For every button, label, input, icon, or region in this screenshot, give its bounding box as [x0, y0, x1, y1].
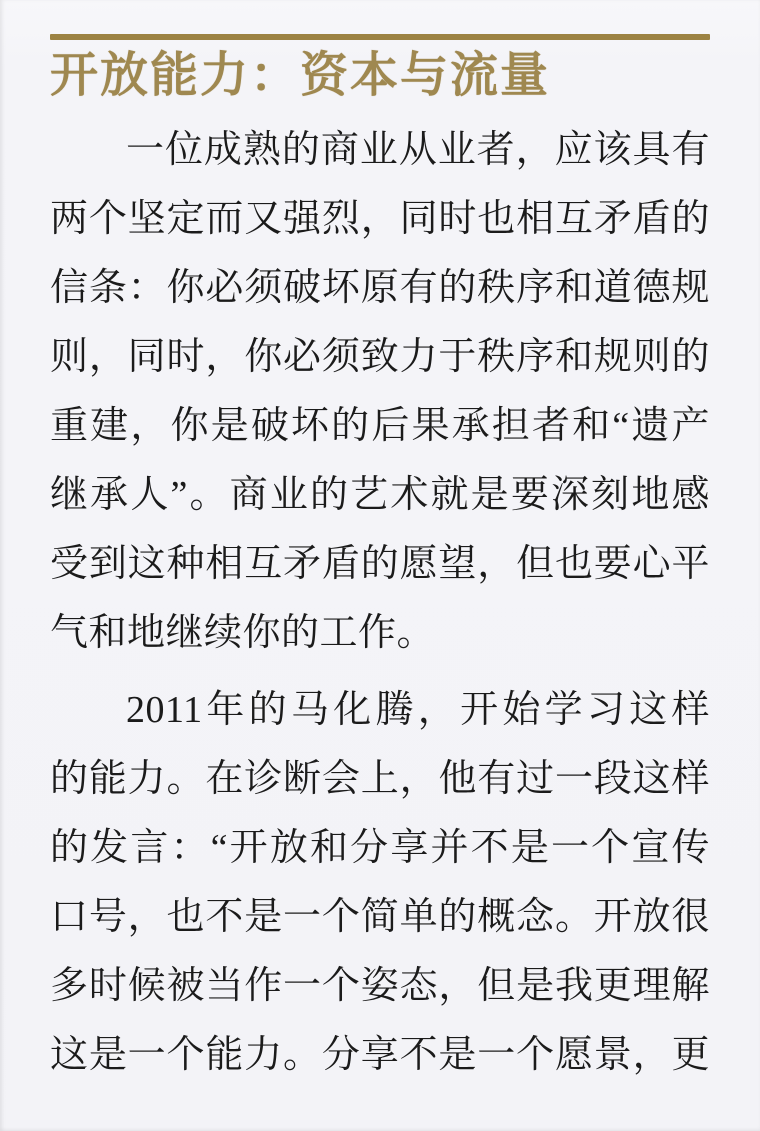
text-line: 的能力。在诊断会上，他有过一段这样: [50, 745, 710, 814]
text-line: 2011年的马化腾，开始学习这样: [50, 676, 710, 745]
text-line: 这是一个能力。分享不是一个愿景，更: [50, 1021, 710, 1090]
chapter-title: 开放能力：资本与流量: [50, 48, 710, 104]
ebook-page: 开放能力：资本与流量 一位成熟的商业从业者，应该具有两个坚定而又强烈，同时也相互…: [0, 0, 760, 1131]
chapter-title-rule: [50, 34, 710, 40]
text-line: 口号，也不是一个简单的概念。开放很: [50, 883, 710, 952]
text-line: 则，同时，你必须致力于秩序和规则的: [50, 323, 710, 392]
text-line: 继承人”。商业的艺术就是要深刻地感: [50, 461, 710, 530]
paragraph: 2011年的马化腾，开始学习这样的能力。在诊断会上，他有过一段这样的发言：“开放…: [50, 676, 710, 1090]
text-line: 信条：你必须破坏原有的秩序和道德规: [50, 254, 710, 323]
text-line: 多时候被当作一个姿态，但是我更理解: [50, 952, 710, 1021]
text-line: 的发言：“开放和分享并不是一个宣传: [50, 814, 710, 883]
text-line: 两个坚定而又强烈，同时也相互矛盾的: [50, 185, 710, 254]
chapter-body: 一位成熟的商业从业者，应该具有两个坚定而又强烈，同时也相互矛盾的信条：你必须破坏…: [50, 116, 710, 1090]
paragraph: 一位成熟的商业从业者，应该具有两个坚定而又强烈，同时也相互矛盾的信条：你必须破坏…: [50, 116, 710, 668]
text-line: 重建，你是破坏的后果承担者和“遗产: [50, 392, 710, 461]
text-line: 受到这种相互矛盾的愿望，但也要心平: [50, 530, 710, 599]
text-line: 气和地继续你的工作。: [50, 599, 710, 668]
text-line: 一位成熟的商业从业者，应该具有: [50, 116, 710, 185]
